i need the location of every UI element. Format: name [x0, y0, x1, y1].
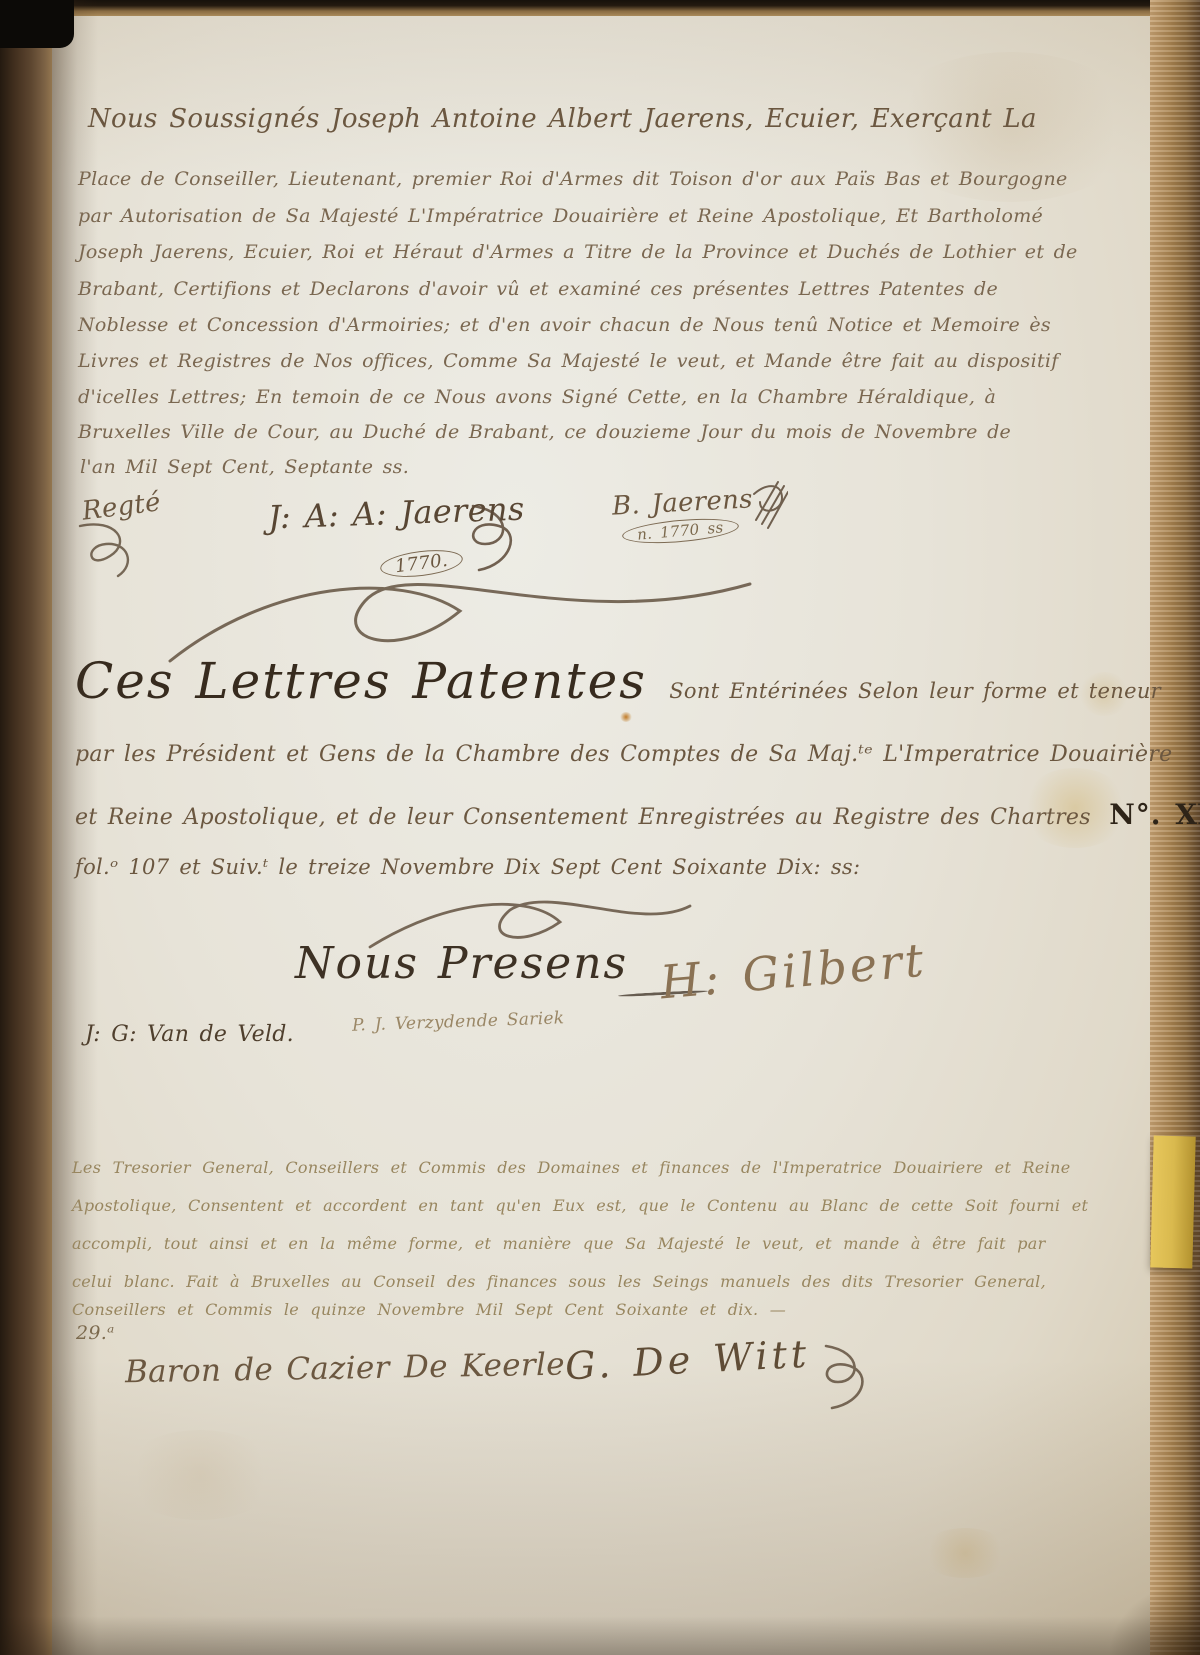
- photo-corner-dark: [0, 0, 74, 48]
- certification-line: d'icelles Lettres; En temoin de ce Nous …: [78, 386, 996, 408]
- finance-line: Conseillers et Commis le quinze Novembre…: [72, 1300, 786, 1319]
- enterinement-line4: fol.ᵒ 107 et Suiv.ᵗ le treize Novembre D…: [75, 855, 860, 879]
- enterinement-line2: par les Président et Gens de la Chambre …: [75, 742, 1172, 767]
- finance-line: celui blanc. Fait à Bruxelles au Conseil…: [72, 1272, 1046, 1291]
- enterinement-line1-rest: Sont Entérinées Selon leur forme et tene…: [669, 679, 1161, 703]
- certification-line: Noblesse et Concession d'Armoiries; et d…: [78, 314, 1051, 336]
- register-reference: N°. XXIV.: [1109, 798, 1200, 831]
- certification-line: Livres et Registres de Nos offices, Comm…: [78, 350, 1059, 372]
- cazier-signature: Baron de Cazier: [125, 1350, 390, 1391]
- finance-line: Apostolique, Consentent et accordent en …: [72, 1196, 1088, 1215]
- certification-line: l'an Mil Sept Cent, Septante ss.: [80, 456, 409, 478]
- photo-bottom-shadow: [0, 1616, 1200, 1655]
- keerle-signature: De Keerle: [404, 1347, 565, 1386]
- vandeveld-signature: J: G: Van de Veld.: [85, 1022, 294, 1047]
- finance-line: Les Tresorier General, Conseillers et Co…: [72, 1158, 1070, 1177]
- certification-line: Place de Conseiller, Lieutenant, premier…: [78, 168, 1068, 190]
- certification-line: par Autorisation de Sa Majesté L'Impérat…: [78, 205, 1043, 227]
- book-top-edge: [0, 0, 1200, 16]
- margin-mark: 29.ᵃ: [76, 1322, 115, 1344]
- certification-line: Bruxelles Ville de Cour, au Duché de Bra…: [78, 421, 1011, 443]
- leather-spine: [0, 0, 52, 1655]
- nous-presens-heading: Nous Presens: [295, 938, 628, 989]
- finance-line: accompli, tout ainsi et en la même forme…: [72, 1234, 1046, 1253]
- photo-corner-shadow: [1108, 1580, 1200, 1655]
- certification-line: Joseph Jaerens, Ecuier, Roi et Héraut d'…: [78, 241, 1078, 263]
- certification-line: Nous Soussignés Joseph Antoine Albert Ja…: [88, 104, 1037, 134]
- bookmark-ribbon: [1150, 1135, 1195, 1268]
- enterinement-opening-line: Ces Lettres Patentes Sont Entérinées Sel…: [75, 652, 1161, 710]
- certification-line: Brabant, Certifions et Declarons d'avoir…: [78, 278, 998, 300]
- enterinement-line3: et Reine Apostolique, et de leur Consent…: [75, 798, 1200, 831]
- lettres-patentes-heading: Ces Lettres Patentes: [75, 652, 647, 710]
- manuscript-photo: Nous Soussignés Joseph Antoine Albert Ja…: [0, 0, 1200, 1655]
